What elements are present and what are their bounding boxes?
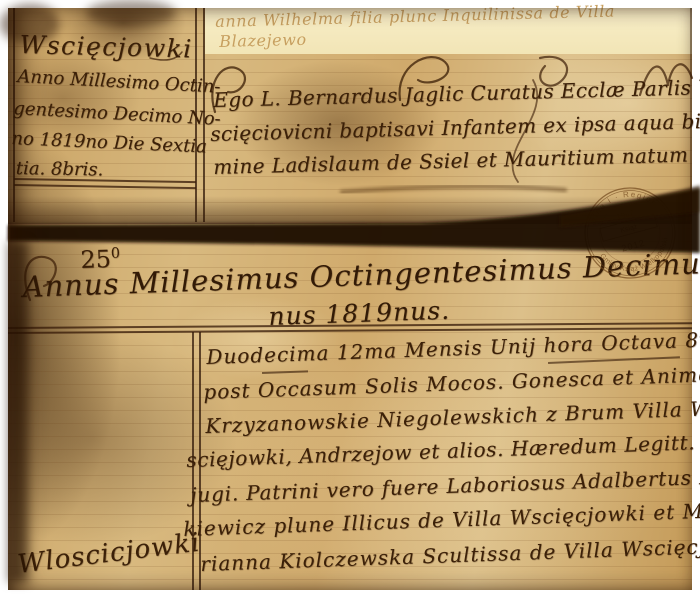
scan-vignette [8, 8, 692, 590]
manuscript-scan-page: anna Wilhelma filia plunc Inquilinissa d… [0, 0, 700, 598]
